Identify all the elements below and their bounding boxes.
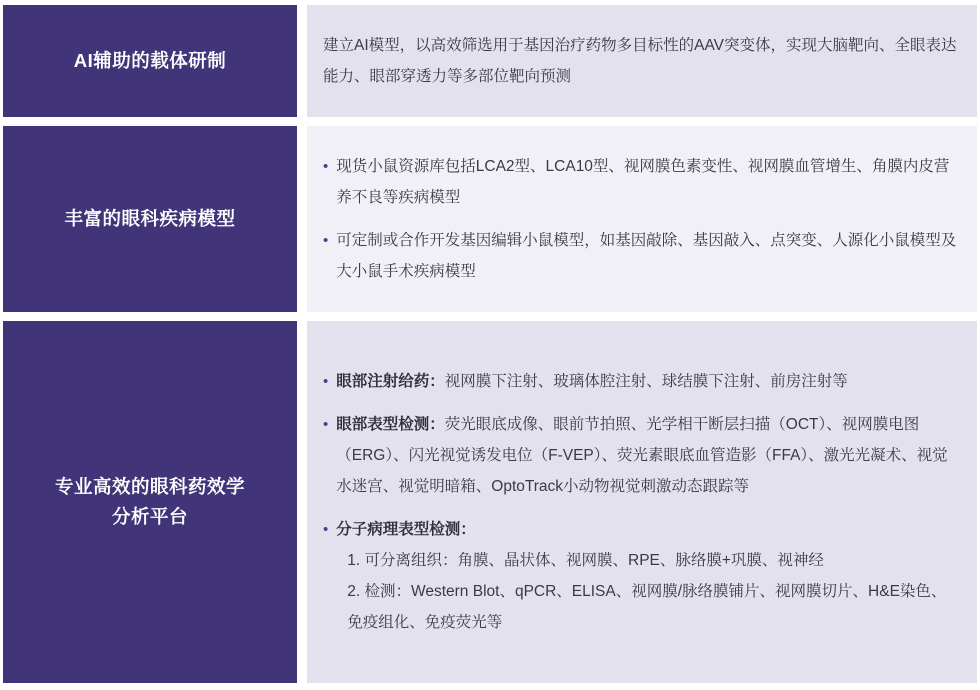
row-header-ai-vector: AI辅助的载体研制: [3, 5, 297, 117]
row-header-label-line2: 分析平台: [112, 502, 188, 532]
table-row: 专业高效的眼科药效学 分析平台 • 眼部注射给药：视网膜下注射、玻璃体腔注射、球…: [3, 321, 977, 683]
capability-table: AI辅助的载体研制 建立AI模型，以高效筛选用于基因治疗药物多目标性的AAV突变…: [0, 0, 980, 690]
bullet-icon: •: [323, 514, 328, 545]
list-item: • 可定制或合作开发基因编辑小鼠模型，如基因敲除、基因敲入、点突变、人源化小鼠模…: [323, 225, 957, 287]
row-header-label: AI辅助的载体研制: [74, 46, 227, 76]
bullet-text: 现货小鼠资源库包括LCA2型、LCA10型、视网膜色素变性、视网膜血管增生、角膜…: [336, 151, 957, 213]
list-item: • 眼部表型检测：荧光眼底成像、眼前节拍照、光学相干断层扫描（OCT）、视网膜电…: [323, 409, 957, 502]
bullet-lead: 眼部注射给药：: [336, 373, 445, 390]
bullet-icon: •: [323, 366, 328, 397]
content-paragraph: 建立AI模型，以高效筛选用于基因治疗药物多目标性的AAV突变体，实现大脑靶向、全…: [323, 30, 957, 92]
row-header-disease-models: 丰富的眼科疾病模型: [3, 126, 297, 312]
row-header-label: 丰富的眼科疾病模型: [64, 204, 235, 234]
bullet-lead: 分子病理表型检测：: [336, 521, 476, 538]
bullet-icon: •: [323, 225, 328, 256]
sub-list-item: 1. 可分离组织：角膜、晶状体、视网膜、RPE、脉络膜+巩膜、视神经: [347, 545, 957, 576]
list-item: • 眼部注射给药：视网膜下注射、玻璃体腔注射、球结膜下注射、前房注射等: [323, 366, 957, 397]
table-row: AI辅助的载体研制 建立AI模型，以高效筛选用于基因治疗药物多目标性的AAV突变…: [3, 5, 977, 117]
bullet-body: 视网膜下注射、玻璃体腔注射、球结膜下注射、前房注射等: [445, 373, 848, 390]
bullet-text: 眼部表型检测：荧光眼底成像、眼前节拍照、光学相干断层扫描（OCT）、视网膜电图（…: [336, 409, 957, 502]
list-item: • 分子病理表型检测： 1. 可分离组织：角膜、晶状体、视网膜、RPE、脉络膜+…: [323, 514, 957, 638]
row-content-ai-vector: 建立AI模型，以高效筛选用于基因治疗药物多目标性的AAV突变体，实现大脑靶向、全…: [307, 5, 977, 117]
bullet-text: 分子病理表型检测： 1. 可分离组织：角膜、晶状体、视网膜、RPE、脉络膜+巩膜…: [336, 514, 957, 638]
bullet-text: 眼部注射给药：视网膜下注射、玻璃体腔注射、球结膜下注射、前房注射等: [336, 366, 957, 397]
row-header-label-line1: 专业高效的眼科药效学: [55, 472, 245, 502]
row-header-pharmacology-platform: 专业高效的眼科药效学 分析平台: [3, 321, 297, 683]
bullet-icon: •: [323, 409, 328, 440]
row-content-pharmacology-platform: • 眼部注射给药：视网膜下注射、玻璃体腔注射、球结膜下注射、前房注射等 • 眼部…: [307, 321, 977, 683]
table-row: 丰富的眼科疾病模型 • 现货小鼠资源库包括LCA2型、LCA10型、视网膜色素变…: [3, 126, 977, 312]
bullet-lead: 眼部表型检测：: [336, 416, 445, 433]
list-item: • 现货小鼠资源库包括LCA2型、LCA10型、视网膜色素变性、视网膜血管增生、…: [323, 151, 957, 213]
bullet-text: 可定制或合作开发基因编辑小鼠模型，如基因敲除、基因敲入、点突变、人源化小鼠模型及…: [336, 225, 957, 287]
sub-list-item: 2. 检测：Western Blot、qPCR、ELISA、视网膜/脉络膜铺片、…: [347, 576, 957, 638]
bullet-icon: •: [323, 151, 328, 182]
row-content-disease-models: • 现货小鼠资源库包括LCA2型、LCA10型、视网膜色素变性、视网膜血管增生、…: [307, 126, 977, 312]
